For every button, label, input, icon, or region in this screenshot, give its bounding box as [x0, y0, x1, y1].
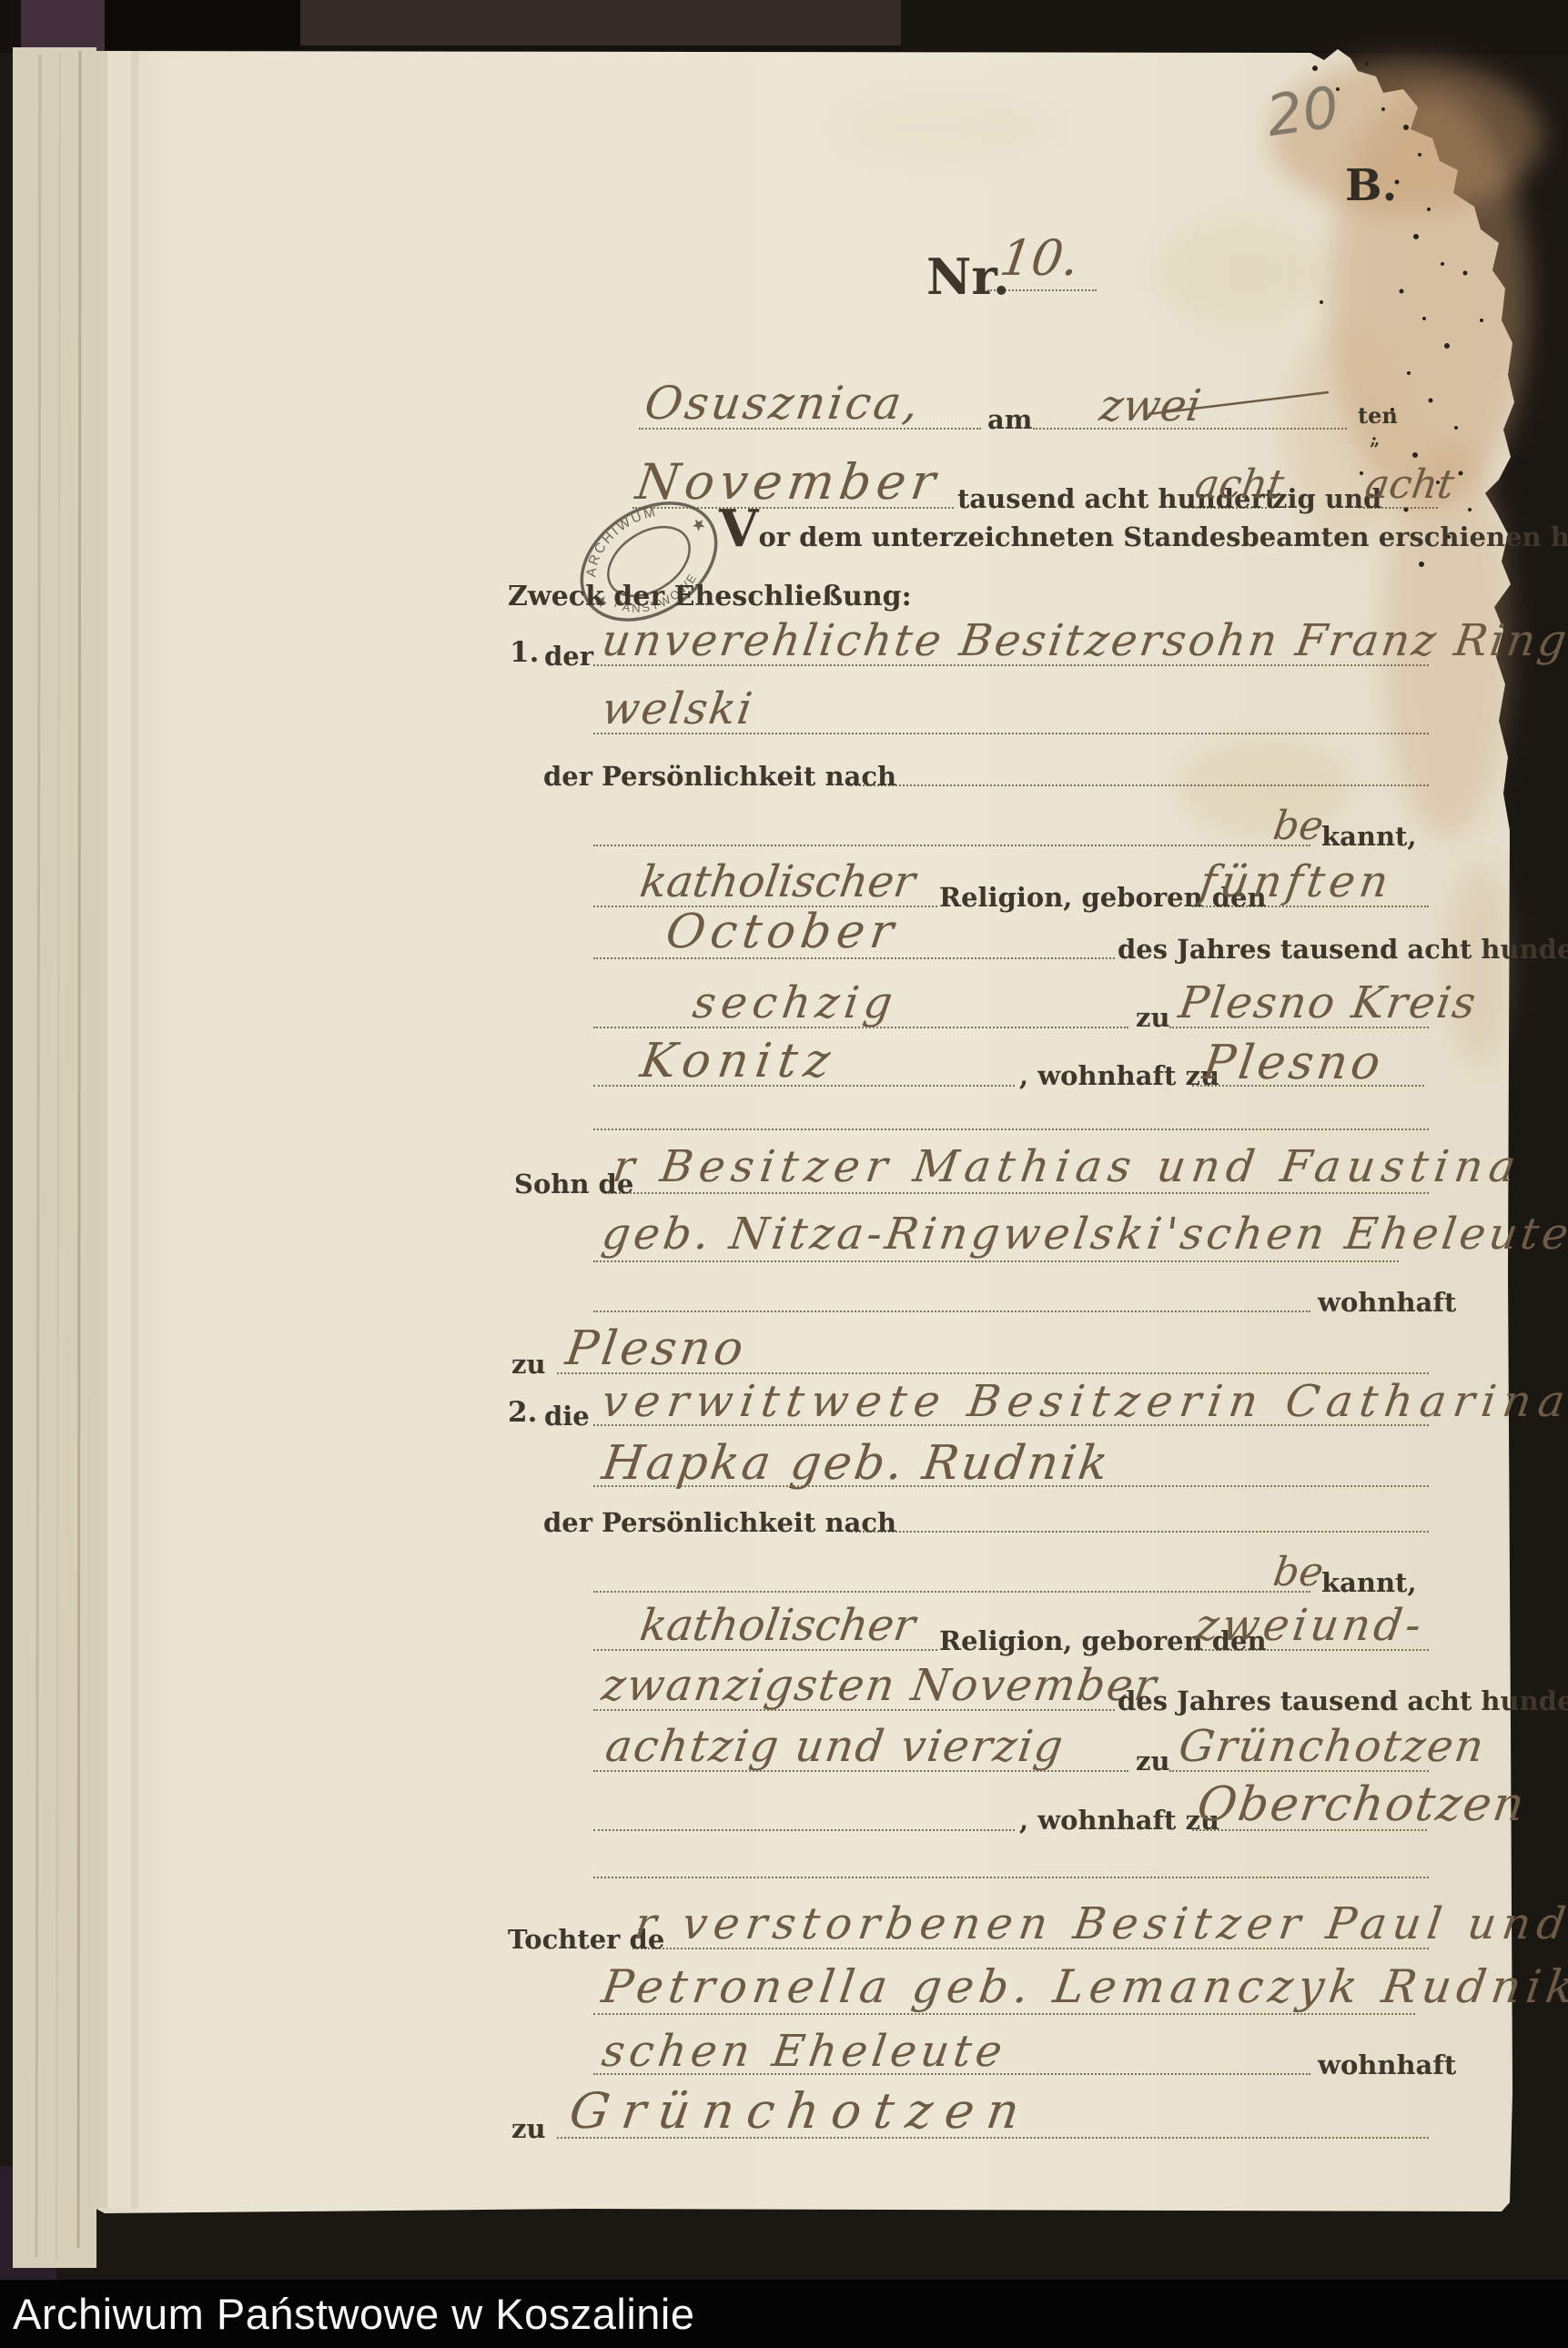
archive-caption-text: Archiwum Państwowe w Koszalinie — [13, 2289, 695, 2339]
groom-der-label: der — [544, 641, 593, 672]
groom-birth-day-handwritten: fünften — [1197, 856, 1396, 907]
form-letter-b: B. — [1345, 160, 1397, 211]
bride-zu2-label: zu — [511, 2113, 546, 2144]
bride-persoenlichkeit-label: der Persönlichkeit nach — [543, 1507, 896, 1538]
bride-birth-year-handwritten: achtzig und vierzig — [602, 1721, 1067, 1772]
ten-suffix-mark: „ — [1370, 428, 1381, 450]
groom-parents-residence-handwritten: Plesno — [562, 1321, 750, 1376]
groom-residence-handwritten: Plesno — [1199, 1036, 1387, 1090]
dotted-line — [593, 1829, 1015, 1831]
bride-residence-handwritten: Oberchotzen — [1194, 1777, 1529, 1832]
bride-parents-handwritten-1: r verstorbenen Besitzer Paul und — [632, 1898, 1568, 1949]
scanned-document-page: ARCHIWUM PAŃSTWOWE 20 B. — [0, 0, 1568, 2348]
groom-birth-month-handwritten: October — [663, 905, 902, 959]
dotted-line — [605, 1192, 1429, 1194]
groom-birth-place-handwritten: Plesno Kreis — [1176, 977, 1481, 1028]
groom-name-handwritten-1: unverehlichte Besitzersohn Franz Ring- — [599, 615, 1568, 666]
bride-birth-day-handwritten-2: zwanzigsten November — [599, 1660, 1161, 1711]
bride-jahres-label: des Jahres tausend acht hundert — [1118, 1685, 1568, 1716]
bride-die-label: die — [544, 1401, 590, 1432]
intro-paragraph-line2: Zweck der Eheschließung: — [508, 581, 912, 612]
groom-kannt-label: kannt, — [1321, 821, 1417, 852]
groom-parents-handwritten-2: geb. Nitza-Ringwelski'schen Eheleute — [599, 1209, 1568, 1260]
bride-parents-handwritten-3: schen Eheleute — [599, 2026, 1010, 2077]
groom-wohnhaft-zu-label: , wohnhaft zu — [1019, 1060, 1219, 1091]
dotted-line — [851, 784, 1429, 786]
groom-be-handwritten: be — [1270, 803, 1326, 849]
place-handwritten: Osusznica, — [642, 377, 925, 430]
groom-parents-handwritten-1: r Besitzer Mathias und Faustina — [610, 1141, 1525, 1192]
book-page-edges — [13, 47, 96, 2268]
bride-parents-residence-handwritten: Grünchotzen — [566, 2082, 1036, 2140]
dotted-line — [593, 845, 1310, 846]
bride-name-handwritten-2: Hapka geb. Rudnik — [599, 1436, 1114, 1491]
groom-birth-place-handwritten-2: Konitz — [637, 1034, 841, 1088]
dotted-line — [593, 1128, 1429, 1130]
dotted-line — [593, 1260, 1399, 1262]
bride-be-handwritten: be — [1270, 1549, 1326, 1595]
am-label: am — [987, 404, 1032, 435]
groom-jahres-label: des Jahres tausend acht hundert — [1118, 934, 1568, 965]
dotted-line — [851, 1531, 1429, 1533]
bride-parents-handwritten-2: Petronella geb. Lemanczyk Rudnik- — [599, 1960, 1568, 2013]
bride-name-handwritten-1: verwittwete Besitzerin Catharina — [599, 1376, 1568, 1427]
bride-kannt-label: kannt, — [1321, 1567, 1417, 1598]
groom-zu2-label: zu — [511, 1349, 546, 1380]
bride-birth-day-handwritten: zweiund- — [1192, 1600, 1428, 1651]
record-number-value: 10. — [996, 229, 1083, 287]
dotted-line — [593, 1591, 1310, 1593]
bride-zu-label: zu — [1136, 1746, 1170, 1776]
bride-religion-handwritten: katholischer — [637, 1600, 918, 1651]
ten-suffix-label: ten — [1358, 402, 1398, 429]
pencil-page-number: 20 — [1262, 74, 1342, 149]
groom-religion-handwritten: katholischer — [637, 856, 918, 907]
groom-index: 1. — [510, 636, 539, 669]
intro-paragraph-line1: Vor dem unterzeichneten Standesbeamten e… — [719, 515, 1434, 555]
bride-index: 2. — [508, 1396, 537, 1429]
bride-wohnhaft-label: wohnhaft — [1318, 2049, 1456, 2080]
dotted-line — [593, 1311, 1310, 1312]
year-handwritten-2: acht — [1362, 461, 1457, 508]
day-handwritten: zwei — [1097, 380, 1204, 431]
dotted-line — [593, 2013, 1415, 2015]
groom-name-handwritten-2: welski — [599, 683, 757, 734]
groom-wohnhaft-label: wohnhaft — [1318, 1287, 1456, 1318]
groom-zu-label: zu — [1136, 1002, 1170, 1033]
bride-birth-place-handwritten: Grünchotzen — [1176, 1721, 1489, 1772]
dotted-line — [593, 1877, 1429, 1878]
groom-persoenlichkeit-label: der Persönlichkeit nach — [543, 761, 896, 792]
groom-birth-year-handwritten: sechzig — [690, 977, 901, 1028]
archive-caption-bar: Archiwum Państwowe w Koszalinie — [0, 2280, 1568, 2348]
bride-wohnhaft-zu-label: , wohnhaft zu — [1019, 1805, 1219, 1836]
month-handwritten: November — [632, 453, 945, 511]
